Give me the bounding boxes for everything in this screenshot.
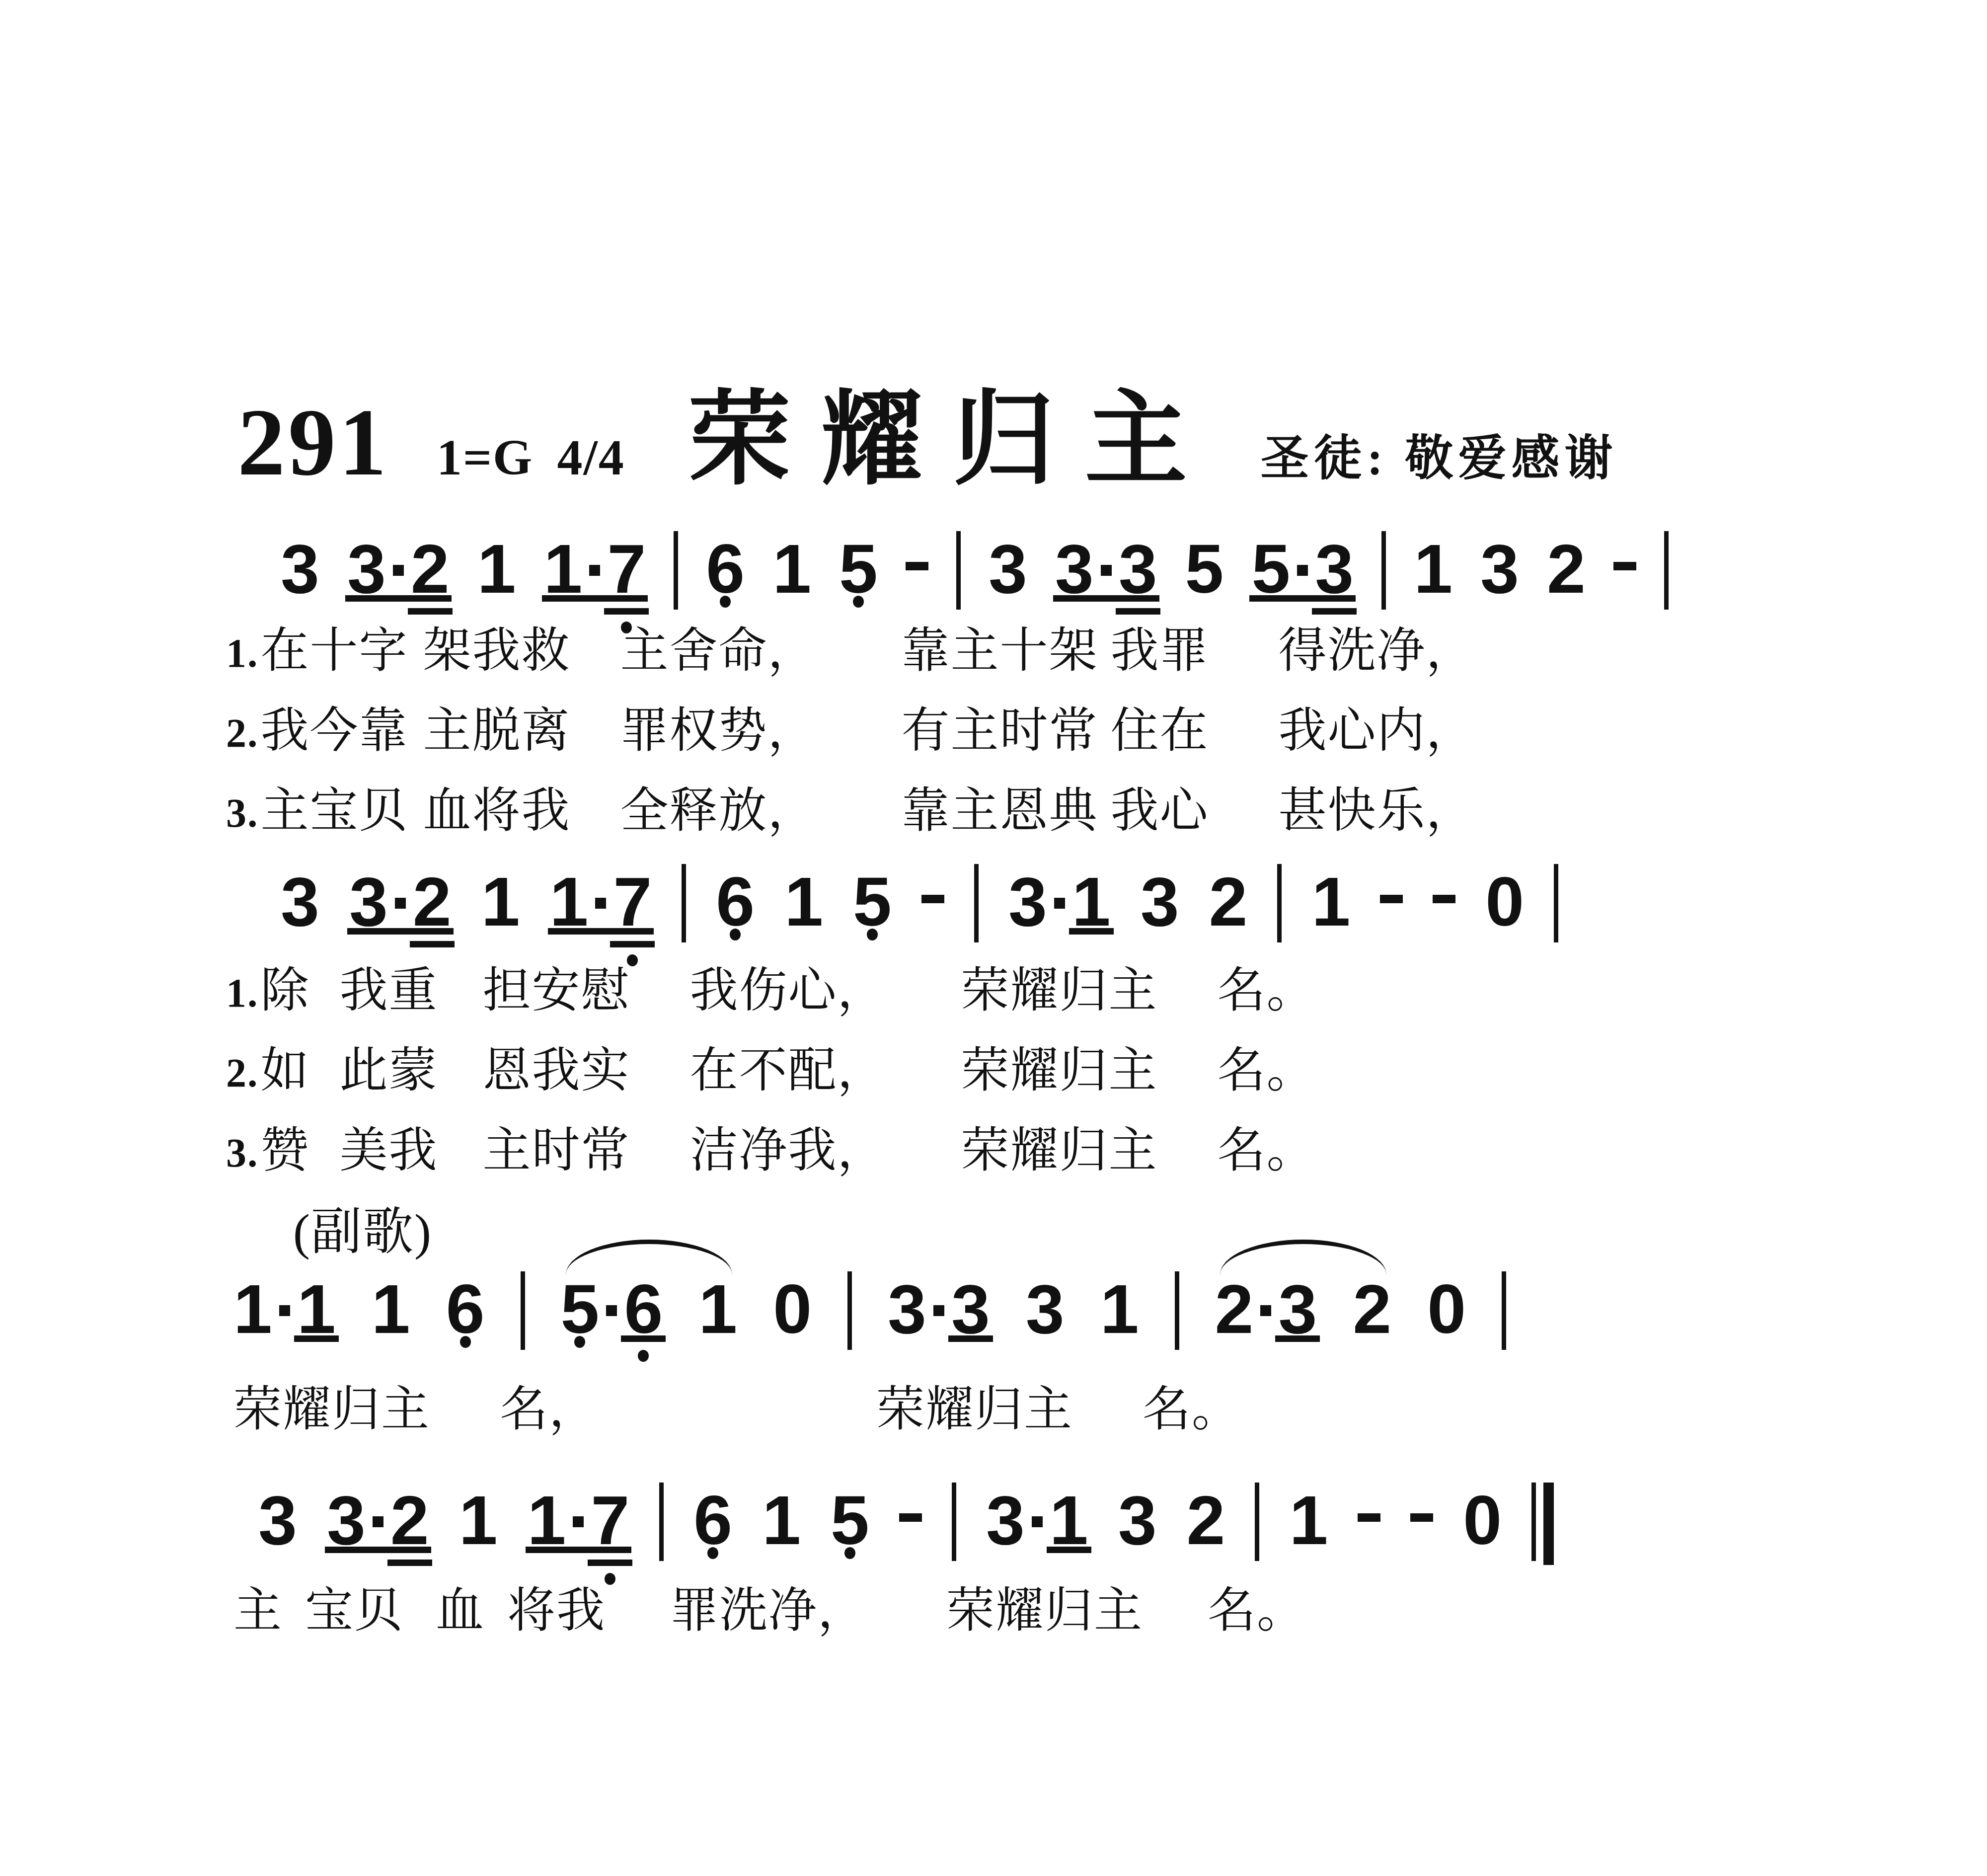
lyric-line: 2.如此蒙恩我实在不配，荣耀归主名。 (226, 1045, 1316, 1097)
note-group: 17 (528, 1485, 630, 1555)
beam-underline (1249, 595, 1356, 602)
lyric-segment: 荣耀归主 (233, 1384, 430, 1436)
barline (674, 531, 678, 610)
beam-underline (604, 608, 649, 615)
lyric-segment: 罪洗净， (670, 1585, 867, 1637)
note-group: 33 (1055, 534, 1157, 604)
barline (521, 1271, 525, 1350)
lyrics-block-final: 主宝贝血将我罪洗净，荣耀归主名。 (233, 1585, 1306, 1665)
lyric-segment: 我罪 (1111, 625, 1209, 677)
beam-underline (1069, 928, 1114, 935)
note: 5 (839, 534, 878, 604)
note: 3 (1480, 534, 1519, 604)
time-signature: 4/4 (557, 430, 624, 486)
note-digit: 3 (327, 1485, 366, 1555)
note: 3 (281, 534, 319, 604)
beam-underline (610, 941, 655, 947)
lyric-segment: 名。 (1218, 1045, 1316, 1097)
key-meter: 1=G4/4 (437, 429, 625, 487)
lyric-segment: 我心 (1111, 785, 1209, 837)
note-digit: 3 (349, 867, 388, 937)
barline (956, 531, 961, 610)
lyric-line: 3.赞美我主时常洁净我，荣耀归主名。 (226, 1125, 1316, 1177)
lyrics-block-chorus: 荣耀归主名，荣耀归主名。 (233, 1384, 1241, 1464)
lyric-segment: 得洗净， (1279, 625, 1475, 677)
beam-underline (526, 1547, 632, 1553)
lyric-segment: 主 (233, 1585, 283, 1637)
note-digit: 5 (1251, 534, 1290, 604)
augmentation-dot-icon (1032, 1516, 1043, 1527)
augmentation-dot-icon (1260, 1305, 1271, 1316)
note: 5 (831, 1485, 869, 1555)
note-digit: 3 (986, 1485, 1025, 1555)
beam-underline (548, 928, 654, 935)
barline (1554, 864, 1558, 942)
octave-dot (853, 596, 864, 608)
lyric-segment: 靠主恩典 (902, 785, 1098, 837)
note: 2 (1547, 534, 1586, 604)
augmentation-dot-icon (606, 1305, 617, 1316)
augmentation-dot-icon (373, 1516, 383, 1527)
augmentation-dot-icon (395, 898, 406, 909)
hymn-sheet-page: 291 1=G4/4 荣耀归主 圣徒: 敬爱感谢 332117615333553… (0, 0, 1987, 1876)
beam-underline (1275, 1335, 1320, 1342)
lyric-segment: 我伤心， (690, 965, 887, 1017)
note-group: 31 (1008, 867, 1111, 937)
note-digit: 7 (591, 1485, 629, 1555)
note-digit: 3 (347, 534, 386, 604)
lyric-segment: 血将我 (423, 785, 571, 837)
note: 0 (773, 1274, 812, 1344)
note: 3 (1118, 1485, 1157, 1555)
note: 5 (1185, 534, 1224, 604)
lyric-segment: 2.我今靠 (226, 705, 408, 757)
verse-number: 2. (226, 1050, 259, 1095)
lyric-segment: 洁净我， (690, 1125, 887, 1177)
notation-line-2: 332117615313210 (281, 867, 1558, 942)
beam-underline (387, 1560, 432, 1566)
verse-number: 3. (226, 1130, 259, 1175)
note-group: 32 (327, 1485, 429, 1555)
note-digit: 5 (561, 1274, 600, 1344)
octave-dot (844, 1547, 855, 1559)
note: 6 (446, 1274, 485, 1344)
lyric-segment: 荣耀归主 (961, 965, 1158, 1017)
barline (1664, 531, 1669, 610)
augmentation-dot-icon (933, 1305, 944, 1316)
augmentation-dot-icon (279, 1305, 290, 1316)
note: 0 (1463, 1485, 1502, 1555)
lyric-segment: 美我 (340, 1125, 438, 1177)
notation-line-1: 332117615333553132 (281, 534, 1669, 610)
lyric-segment: 此蒙 (340, 1045, 438, 1097)
note-digit: 1 (1072, 867, 1111, 937)
lyric-segment: 名。 (1218, 1125, 1316, 1177)
barline (1277, 864, 1282, 942)
duration-dash (1380, 895, 1403, 903)
note-digit: 1 (544, 534, 583, 604)
note: 5 (853, 867, 892, 937)
note: 0 (1485, 867, 1524, 937)
note-digit: 2 (413, 867, 452, 937)
note: 1 (372, 1274, 410, 1344)
note: 3 (1026, 1274, 1065, 1344)
notation-line-chorus: 1116561033312320 (233, 1274, 1506, 1350)
barline (1381, 531, 1386, 610)
barline (952, 1483, 956, 1561)
lyric-segment: 血 (436, 1585, 485, 1637)
note-digit: 3 (1008, 867, 1047, 937)
note: 0 (1427, 1274, 1466, 1344)
beam-underline (948, 1335, 993, 1342)
octave-dot (730, 929, 741, 940)
note-digit: 3 (1315, 534, 1354, 604)
augmentation-dot-icon (573, 1516, 584, 1527)
lyrics-block-1: 1.在十字架我救主舍命，靠主十架我罪得洗净，2.我今靠主脱离罪权势，有主时常住在… (226, 625, 1475, 864)
lyric-segment: 名， (500, 1384, 598, 1436)
octave-dot (638, 1350, 649, 1362)
note-group: 17 (544, 534, 646, 604)
note: 2 (1187, 1485, 1225, 1555)
octave-dot (867, 929, 878, 940)
verse-number: 1. (226, 630, 259, 676)
category-label: 圣徒: 敬爱感谢 (1261, 419, 1618, 488)
duration-dash (906, 562, 928, 570)
beam-underline (345, 595, 452, 602)
note-digit: 1 (233, 1274, 272, 1344)
note: 1 (1100, 1274, 1139, 1344)
note-group: 11 (233, 1274, 336, 1344)
note-group: 17 (550, 867, 652, 937)
note: 6 (716, 867, 755, 937)
note-digit: 3 (1119, 534, 1157, 604)
duration-dash (899, 1513, 922, 1522)
beam-underline (408, 608, 453, 615)
note-digit: 3 (951, 1274, 990, 1344)
note-digit: 3 (1055, 534, 1094, 604)
note-digit: 1 (550, 867, 589, 937)
note: 3 (281, 867, 319, 937)
lyric-segment: 我心内， (1279, 705, 1475, 757)
lyric-segment: 名。 (1208, 1585, 1306, 1637)
hymn-number: 291 (237, 388, 389, 497)
lyric-segment: 架我救 (423, 625, 571, 677)
beam-underline (588, 1560, 632, 1566)
duration-dash (1433, 895, 1455, 903)
octave-dot (574, 1336, 585, 1348)
barline (1502, 1271, 1506, 1350)
beam-underline (1053, 595, 1159, 602)
beam-underline (410, 941, 455, 947)
note: 1 (477, 534, 516, 604)
note-digit: 2 (390, 1485, 429, 1555)
note-digit: 2 (411, 534, 450, 604)
beam-underline (325, 1547, 431, 1553)
augmentation-dot-icon (589, 565, 600, 576)
hymn-title: 荣耀归主 (688, 357, 1217, 504)
note: 1 (481, 867, 520, 937)
lyric-segment: 全释放， (620, 785, 817, 837)
notation-line-final: 332117615313210 (258, 1485, 1554, 1565)
lyric-segment: 2.如 (226, 1045, 310, 1097)
note: 1 (1414, 534, 1452, 604)
note: 1 (1289, 1485, 1328, 1555)
barline (847, 1271, 852, 1350)
lyric-segment: 3.赞 (226, 1125, 310, 1177)
note-digit: 3 (888, 1274, 926, 1344)
lyric-segment: 3.主宝贝 (226, 785, 408, 837)
beam-underline (1312, 608, 1357, 615)
lyric-segment: 1.除 (226, 965, 310, 1017)
beam-underline (621, 1335, 666, 1342)
lyric-segment: 荣耀归主 (946, 1585, 1143, 1637)
lyric-line: 荣耀归主名，荣耀归主名。 (233, 1384, 1241, 1436)
note: 6 (693, 1485, 732, 1555)
octave-dot (707, 1547, 718, 1559)
lyric-segment: 靠主十架 (902, 625, 1098, 677)
augmentation-dot-icon (1101, 565, 1112, 576)
beam-underline (1116, 608, 1160, 615)
lyric-line: 3.主宝贝血将我全释放，靠主恩典我心甚快乐， (226, 785, 1475, 837)
lyric-line: 1.除我重担安慰我伤心，荣耀归主名。 (226, 965, 1316, 1017)
note-digit: 1 (297, 1274, 336, 1344)
barline (682, 864, 686, 942)
barline (1255, 1483, 1259, 1561)
note: 2 (1353, 1274, 1391, 1344)
note-digit: 6 (624, 1274, 663, 1344)
lyric-segment: 有主时常 (902, 705, 1098, 757)
chorus-label: (副歌) (293, 1191, 432, 1264)
lyric-segment: 荣耀归主 (961, 1045, 1158, 1097)
note-digit: 1 (1050, 1485, 1088, 1555)
note: 3 (1141, 867, 1179, 937)
lyric-segment: 住在 (1111, 705, 1209, 757)
note: 1 (784, 867, 823, 937)
lyric-segment: 罪权势， (620, 705, 817, 757)
note-digit: 7 (613, 867, 652, 937)
lyric-segment: 主舍命， (620, 625, 817, 677)
barline (659, 1483, 664, 1561)
octave-dot (720, 596, 731, 608)
slur-arc (1220, 1240, 1386, 1275)
duration-dash (1613, 562, 1636, 570)
verse-number: 1. (226, 970, 259, 1016)
lyric-segment: 名。 (1143, 1384, 1241, 1436)
note: 1 (698, 1274, 737, 1344)
note-digit: 1 (528, 1485, 566, 1555)
octave-dot (605, 1573, 615, 1585)
lyric-segment: 1.在十字 (226, 625, 408, 677)
lyric-line: 2.我今靠主脱离罪权势，有主时常住在我心内， (226, 705, 1475, 757)
note: 3 (258, 1485, 297, 1555)
slur-arc (566, 1240, 732, 1275)
note: 1 (772, 534, 811, 604)
key-signature: 1=G (437, 430, 533, 486)
note-group: 33 (888, 1274, 990, 1344)
duration-dash (921, 895, 944, 903)
note-digit: 7 (607, 534, 646, 604)
verse-number: 2. (226, 710, 259, 756)
beam-underline (542, 595, 648, 602)
lyric-segment: 主时常 (483, 1125, 630, 1177)
augmentation-dot-icon (595, 898, 606, 909)
note: 3 (989, 534, 1027, 604)
beam-underline (1047, 1547, 1091, 1553)
lyrics-block-2: 1.除我重担安慰我伤心，荣耀归主名。2.如此蒙恩我实在不配，荣耀归主名。3.赞美… (226, 965, 1316, 1204)
beam-underline (347, 928, 454, 935)
lyric-segment: 荣耀归主 (961, 1125, 1158, 1177)
verse-number: 3. (226, 790, 259, 836)
note: 1 (762, 1485, 801, 1555)
lyric-segment: 在不配， (690, 1045, 887, 1097)
note: 1 (1311, 867, 1350, 937)
duration-dash (1410, 1513, 1433, 1522)
lyric-segment: 荣耀归主 (876, 1384, 1073, 1436)
lyric-line: 1.在十字架我救主舍命，靠主十架我罪得洗净， (226, 625, 1475, 677)
note-group: 31 (986, 1485, 1088, 1555)
lyric-segment: 主脱离 (423, 705, 571, 757)
augmentation-dot-icon (393, 565, 404, 576)
augmentation-dot-icon (1054, 898, 1065, 909)
lyric-segment: 我重 (340, 965, 438, 1017)
lyric-segment: 甚快乐， (1279, 785, 1475, 837)
lyric-segment: 宝贝 (305, 1585, 403, 1637)
note-group: 23 (1215, 1274, 1317, 1344)
note-group: 53 (1251, 534, 1354, 604)
note: 2 (1209, 867, 1248, 937)
lyric-line: 主宝贝血将我罪洗净，荣耀归主名。 (233, 1585, 1306, 1637)
note-group: 32 (349, 867, 452, 937)
note: 6 (706, 534, 745, 604)
augmentation-dot-icon (1297, 565, 1308, 576)
lyric-segment: 名。 (1218, 965, 1316, 1017)
final-barline (1531, 1483, 1554, 1565)
note-digit: 3 (1278, 1274, 1317, 1344)
octave-dot (460, 1336, 471, 1348)
note: 1 (459, 1485, 498, 1555)
note-digit: 2 (1215, 1274, 1254, 1344)
barline (974, 864, 979, 942)
header: 291 1=G4/4 荣耀归主 圣徒: 敬爱感谢 (237, 357, 1617, 504)
duration-dash (1358, 1513, 1380, 1522)
note-group: 56 (561, 1274, 663, 1344)
lyric-segment: 将我 (507, 1585, 606, 1637)
beam-underline (294, 1335, 339, 1342)
lyric-segment: 担安慰 (483, 965, 630, 1017)
barline (1175, 1271, 1179, 1350)
note-group: 32 (347, 534, 450, 604)
lyric-segment: 恩我实 (483, 1045, 630, 1097)
